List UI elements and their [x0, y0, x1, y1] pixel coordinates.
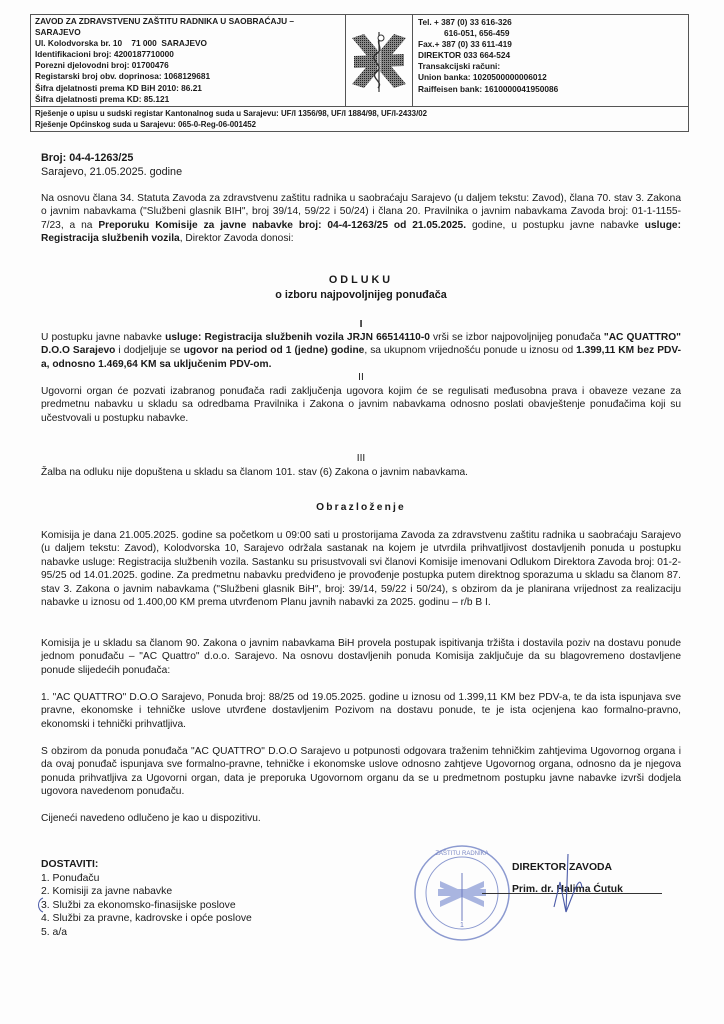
- handwritten-signature-icon: [540, 852, 590, 922]
- document-page: ZAVOD ZA ZDRAVSTVENU ZAŠTITU RADNIKA U S…: [0, 0, 724, 1024]
- tax-number: Porezni djelovodni broj: 01700476: [35, 60, 341, 71]
- raiffeisen-account: Raiffeisen bank: 1610000041950086: [418, 84, 683, 95]
- section-1-text: U postupku javne nabavke usluge: Registr…: [41, 331, 681, 371]
- distribution-item: 4. Službi za pravne, kadrovske i opće po…: [41, 912, 252, 926]
- distribution-item: 2. Komisiji za javne nabavke: [41, 885, 252, 899]
- s1-contract-period: ugovor na period od 1 (jedne) godine: [184, 345, 365, 356]
- accounts-label: Transakcijski računi:: [418, 61, 683, 72]
- section-2-numeral: II: [41, 371, 681, 384]
- s1-service: usluge: Registracija službenih vozila JR…: [165, 332, 430, 343]
- activity-code: Šifra djelatnosti prema KD: 85.121: [35, 94, 341, 105]
- distribution-item: 5. a/a: [41, 926, 252, 940]
- document-number: Broj: 04-4-1263/25: [41, 151, 681, 165]
- section-3-numeral: III: [41, 452, 681, 465]
- intro-paragraph: Na osnovu člana 34. Statuta Zavoda za zd…: [41, 192, 681, 246]
- s1-text-2: vrši se izbor najpovoljnijeg ponuđača: [430, 332, 604, 343]
- svg-text:1: 1: [460, 922, 464, 929]
- director-phone: DIREKTOR 033 664-524: [418, 50, 683, 61]
- court-registry: Rješenje o upisu u sudski registar Kanto…: [31, 107, 688, 131]
- reasoning-paragraph-1: Komisija je dana 21.005.2025. godine sa …: [41, 529, 681, 609]
- reasoning-paragraph-2: Komisija je u skladu sa članom 90. Zakon…: [41, 637, 681, 677]
- institution-name: ZAVOD ZA ZDRAVSTVENU ZAŠTITU RADNIKA U S…: [35, 16, 341, 27]
- reasoning-paragraph-4: S obzirom da ponuda ponuđača "AC QUATTRO…: [41, 745, 681, 799]
- contact-info: Tel. + 387 (0) 33 616-326 616-051, 656-4…: [413, 15, 688, 106]
- reasoning-title: Obrazloženje: [41, 501, 681, 514]
- decision-title: ODLUKU o izboru najpovoljnijeg ponuđača: [41, 273, 681, 303]
- intro-text-2: godine, u postupku javne nabavke: [466, 220, 645, 231]
- section-2-text: Ugovorni organ će pozvati izabranog ponu…: [41, 385, 681, 425]
- id-number: Identifikacioni broj: 4200187710000: [35, 49, 341, 60]
- registry-line-1: Rješenje o upisu u sudski registar Kanto…: [35, 108, 684, 119]
- reasoning-paragraph-5: Cijeneći navedeno odlučeno je kao u disp…: [41, 812, 681, 825]
- decision-subheading: o izboru najpovoljnijeg ponuđača: [41, 288, 681, 303]
- decision-heading: ODLUKU: [41, 273, 681, 288]
- intro-text-end: , Direktor Zavoda donosi:: [180, 233, 294, 244]
- institution-name-city: SARAJEVO: [35, 27, 341, 38]
- distribution-item: 1. Ponuđaču: [41, 872, 252, 886]
- section-1-numeral: I: [41, 318, 681, 331]
- place-date: Sarajevo, 21.05.2025. godine: [41, 165, 681, 179]
- phone-secondary: 616-051, 656-459: [418, 28, 683, 39]
- distribution-item: 3. Službi za ekonomsko-finasijske poslov…: [41, 899, 252, 913]
- institution-info: ZAVOD ZA ZDRAVSTVENU ZAŠTITU RADNIKA U S…: [31, 15, 346, 106]
- section-3-text: Žalba na odluku nije dopuštena u skladu …: [41, 466, 681, 479]
- institution-address: Ul. Kolodvorska br. 10 71 000 SARAJEVO: [35, 38, 341, 49]
- letterhead: ZAVOD ZA ZDRAVSTVENU ZAŠTITU RADNIKA U S…: [30, 14, 689, 132]
- registration-number: Registarski broj obv. doprinosa: 1068129…: [35, 71, 341, 82]
- s1-text-3: i dodjeljuje se: [115, 345, 183, 356]
- s1-text: U postupku javne nabavke: [41, 332, 165, 343]
- distribution-list: DOSTAVITI: 1. Ponuđaču 2. Komisiji za ja…: [41, 858, 252, 939]
- intro-recommendation: Preporuku Komisije za javne nabavke broj…: [98, 220, 466, 231]
- s1-text-4: , sa ukupnom vrijednošću ponude u iznosu…: [364, 345, 576, 356]
- phone: Tel. + 387 (0) 33 616-326: [418, 17, 683, 28]
- registry-line-2: Rješenje Općinskog suda u Sarajevu: 065-…: [35, 119, 684, 130]
- svg-text:ZAŠTITU RADNIKA: ZAŠTITU RADNIKA: [435, 850, 488, 857]
- handwritten-circle-mark-icon: [36, 897, 46, 913]
- activity-code-2010: Šifra djelatnosti prema KD BiH 2010: 86.…: [35, 83, 341, 94]
- fax: Fax.+ 387 (0) 33 611-419: [418, 39, 683, 50]
- reasoning-paragraph-3: 1. "AC QUATTRO" D.O.O Sarajevo, Ponuda b…: [41, 691, 681, 731]
- medical-cross-caduceus-icon: [346, 15, 413, 106]
- document-header: Broj: 04-4-1263/25 Sarajevo, 21.05.2025.…: [41, 151, 681, 179]
- union-banka-account: Union banka: 1020500000006012: [418, 72, 683, 83]
- distribution-title: DOSTAVITI:: [41, 858, 252, 872]
